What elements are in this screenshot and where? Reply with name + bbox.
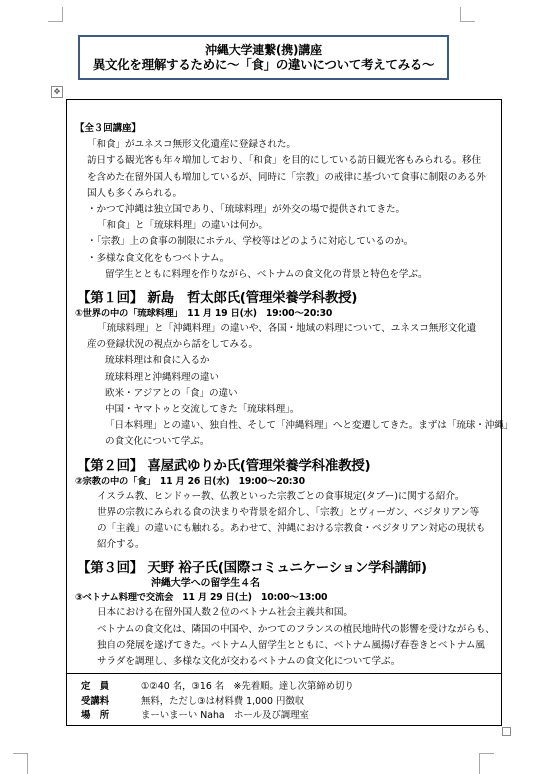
content-cell[interactable]: 【全３回講座】 「和食」がユネスコ無形文化遺産に登録された。 訪日する観光客も年…	[75, 121, 495, 670]
info-value: ①②40 名，③16 名 ※先着順。達し次第締め切り	[141, 680, 354, 695]
info-value: 無料，ただし③は材料費 1,000 円徴収	[141, 695, 304, 710]
overview-bullet-continuation: 「和食」と「琉球料理」の違いは何か。	[75, 218, 495, 234]
title-box: 沖縄大学連繋(携)講座 異文化を理解するために～「食」の違いについて考えてみる～	[78, 35, 449, 80]
overview-paragraph: 「和食」がユネスコ無形文化遺産に登録された。	[75, 137, 495, 153]
page-corner-mark-bottom-left	[13, 753, 28, 774]
info-label: 受講料	[81, 695, 141, 710]
table-resize-handle[interactable]	[502, 727, 511, 736]
session-1-description: 「琉球料理」と「沖縄料理」の違いや、各国・地域の料理について、ユネスコ無形文化遺	[75, 321, 495, 337]
info-label: 場 所	[81, 709, 141, 724]
session-3-description: 日本における在留外国人数２位のベトナム社会主義共和国。	[75, 605, 495, 621]
session-3-heading: 【第３回】 天野 裕子氏(国際コミュニケーション学科講師)	[75, 559, 495, 577]
session-2-description: 紹介する。	[75, 537, 495, 553]
overview-bullet: ・「宗教」上の食事の制限にホテル、学校等はどのように対応しているのか。	[75, 234, 495, 250]
page-corner-mark-top-left	[48, 7, 63, 22]
overview-paragraph: 訪日する観光客も年々増加しており、「和食」を目的にしている訪日観光客もみられる。…	[75, 153, 495, 169]
info-cell[interactable]: 定 員 ①②40 名，③16 名 ※先着順。達し次第締め切り 受講料 無料，ただ…	[81, 680, 354, 724]
info-row-capacity: 定 員 ①②40 名，③16 名 ※先着順。達し次第締め切り	[81, 680, 354, 695]
session-1-subheading: ①世界の中の「琉球料理」 11 月 19 日(水) 19:00～20:30	[75, 307, 495, 321]
session-1-topic: 「日本料理」との違い、独自性、そして「沖縄料理」へと変遷してきた。まずは「琉球・…	[75, 418, 495, 434]
session-1-topic: 中国・ヤマトゥと交流してきた「琉球料理」。	[75, 402, 495, 418]
overview-label: 【全３回講座】	[75, 121, 495, 137]
info-row-venue: 場 所 まーいまーい Naha ホール及び調理室	[81, 709, 354, 724]
session-3-heading-guests: 沖縄大学への留学生４名	[75, 577, 495, 591]
session-1-topic: 琉球料理は和食に入るか	[75, 353, 495, 369]
content-table: 【全３回講座】 「和食」がユネスコ無形文化遺産に登録された。 訪日する観光客も年…	[66, 99, 502, 726]
info-label: 定 員	[81, 680, 141, 695]
page-corner-mark-bottom-right	[479, 753, 494, 774]
title-line-1: 沖縄大学連繋(携)講座	[80, 43, 447, 57]
page-corner-mark-top-right	[460, 7, 475, 22]
info-value: まーいまーい Naha ホール及び調理室	[141, 709, 309, 724]
title-line-2: 異文化を理解するために～「食」の違いについて考えてみる～	[80, 57, 447, 73]
session-2-description: イスラム教、ヒンドゥー教、仏教といった宗教ごとの食事規定(タブー)に関する紹介。	[75, 489, 495, 505]
session-3-description: ベトナムの食文化は、隣国の中国や、かつてのフランスの植民地時代の影響を受けながら…	[75, 622, 495, 638]
session-2-subheading: ②宗教の中の「食」 11 月 26 日(水) 19:00～20:30	[75, 475, 495, 489]
session-1-description: 産の登録状況の視点から話をしてみる。	[75, 337, 495, 353]
overview-bullet: ・多様な食文化をもつベトナム。	[75, 251, 495, 267]
session-2-description: の「主義」の違いにも触れる。あわせて、沖縄における宗教食・ベジタリアン対応の現状…	[75, 521, 495, 537]
overview-paragraph: 国人も多くみられる。	[75, 186, 495, 202]
session-3-description: サラダを調理し、多様な文化が交わるベトナムの食文化について学ぶ。	[75, 654, 495, 670]
table-row-divider	[67, 673, 501, 674]
session-1-topic: 琉球料理と沖縄料理の違い	[75, 370, 495, 386]
session-1-heading: 【第１回】 新島 哲太郎氏(管理栄養学科教授)	[75, 289, 495, 307]
overview-paragraph: を含めた在留外国人も増加しているが、同時に「宗教」の戒律に基づいて食事に制限のあ…	[75, 170, 495, 186]
session-3-description: 独自の発展を遂げてきた。ベトナム人留学生とともに、ベトナム風揚げ春巻きとベトナム…	[75, 638, 495, 654]
session-1-topic: の食文化について学ぶ。	[75, 434, 495, 450]
info-row-fee: 受講料 無料，ただし③は材料費 1,000 円徴収	[81, 695, 354, 710]
session-2-description: 世界の宗教にみられる食の決まりや背景を紹介し、「宗教」とヴィーガン、ベジタリアン…	[75, 505, 495, 521]
session-1-topic: 欧米・アジアとの「食」の違い	[75, 386, 495, 402]
overview-bullet-continuation: 留学生とともに料理を作りながら、ベトナムの食文化の背景と特色を学ぶ。	[75, 267, 495, 283]
table-move-handle-icon[interactable]: ✥	[51, 86, 63, 98]
session-3-subheading: ③ベトナム料理で交流会 11 月 29 日(土) 10:00～13:00	[75, 591, 495, 605]
overview-bullet: ・かつて沖縄は独立国であり、「琉球料理」が外交の場で提供されてきた。	[75, 202, 495, 218]
session-2-heading: 【第２回】 喜屋武ゆりか氏(管理栄養学科准教授)	[75, 457, 495, 475]
